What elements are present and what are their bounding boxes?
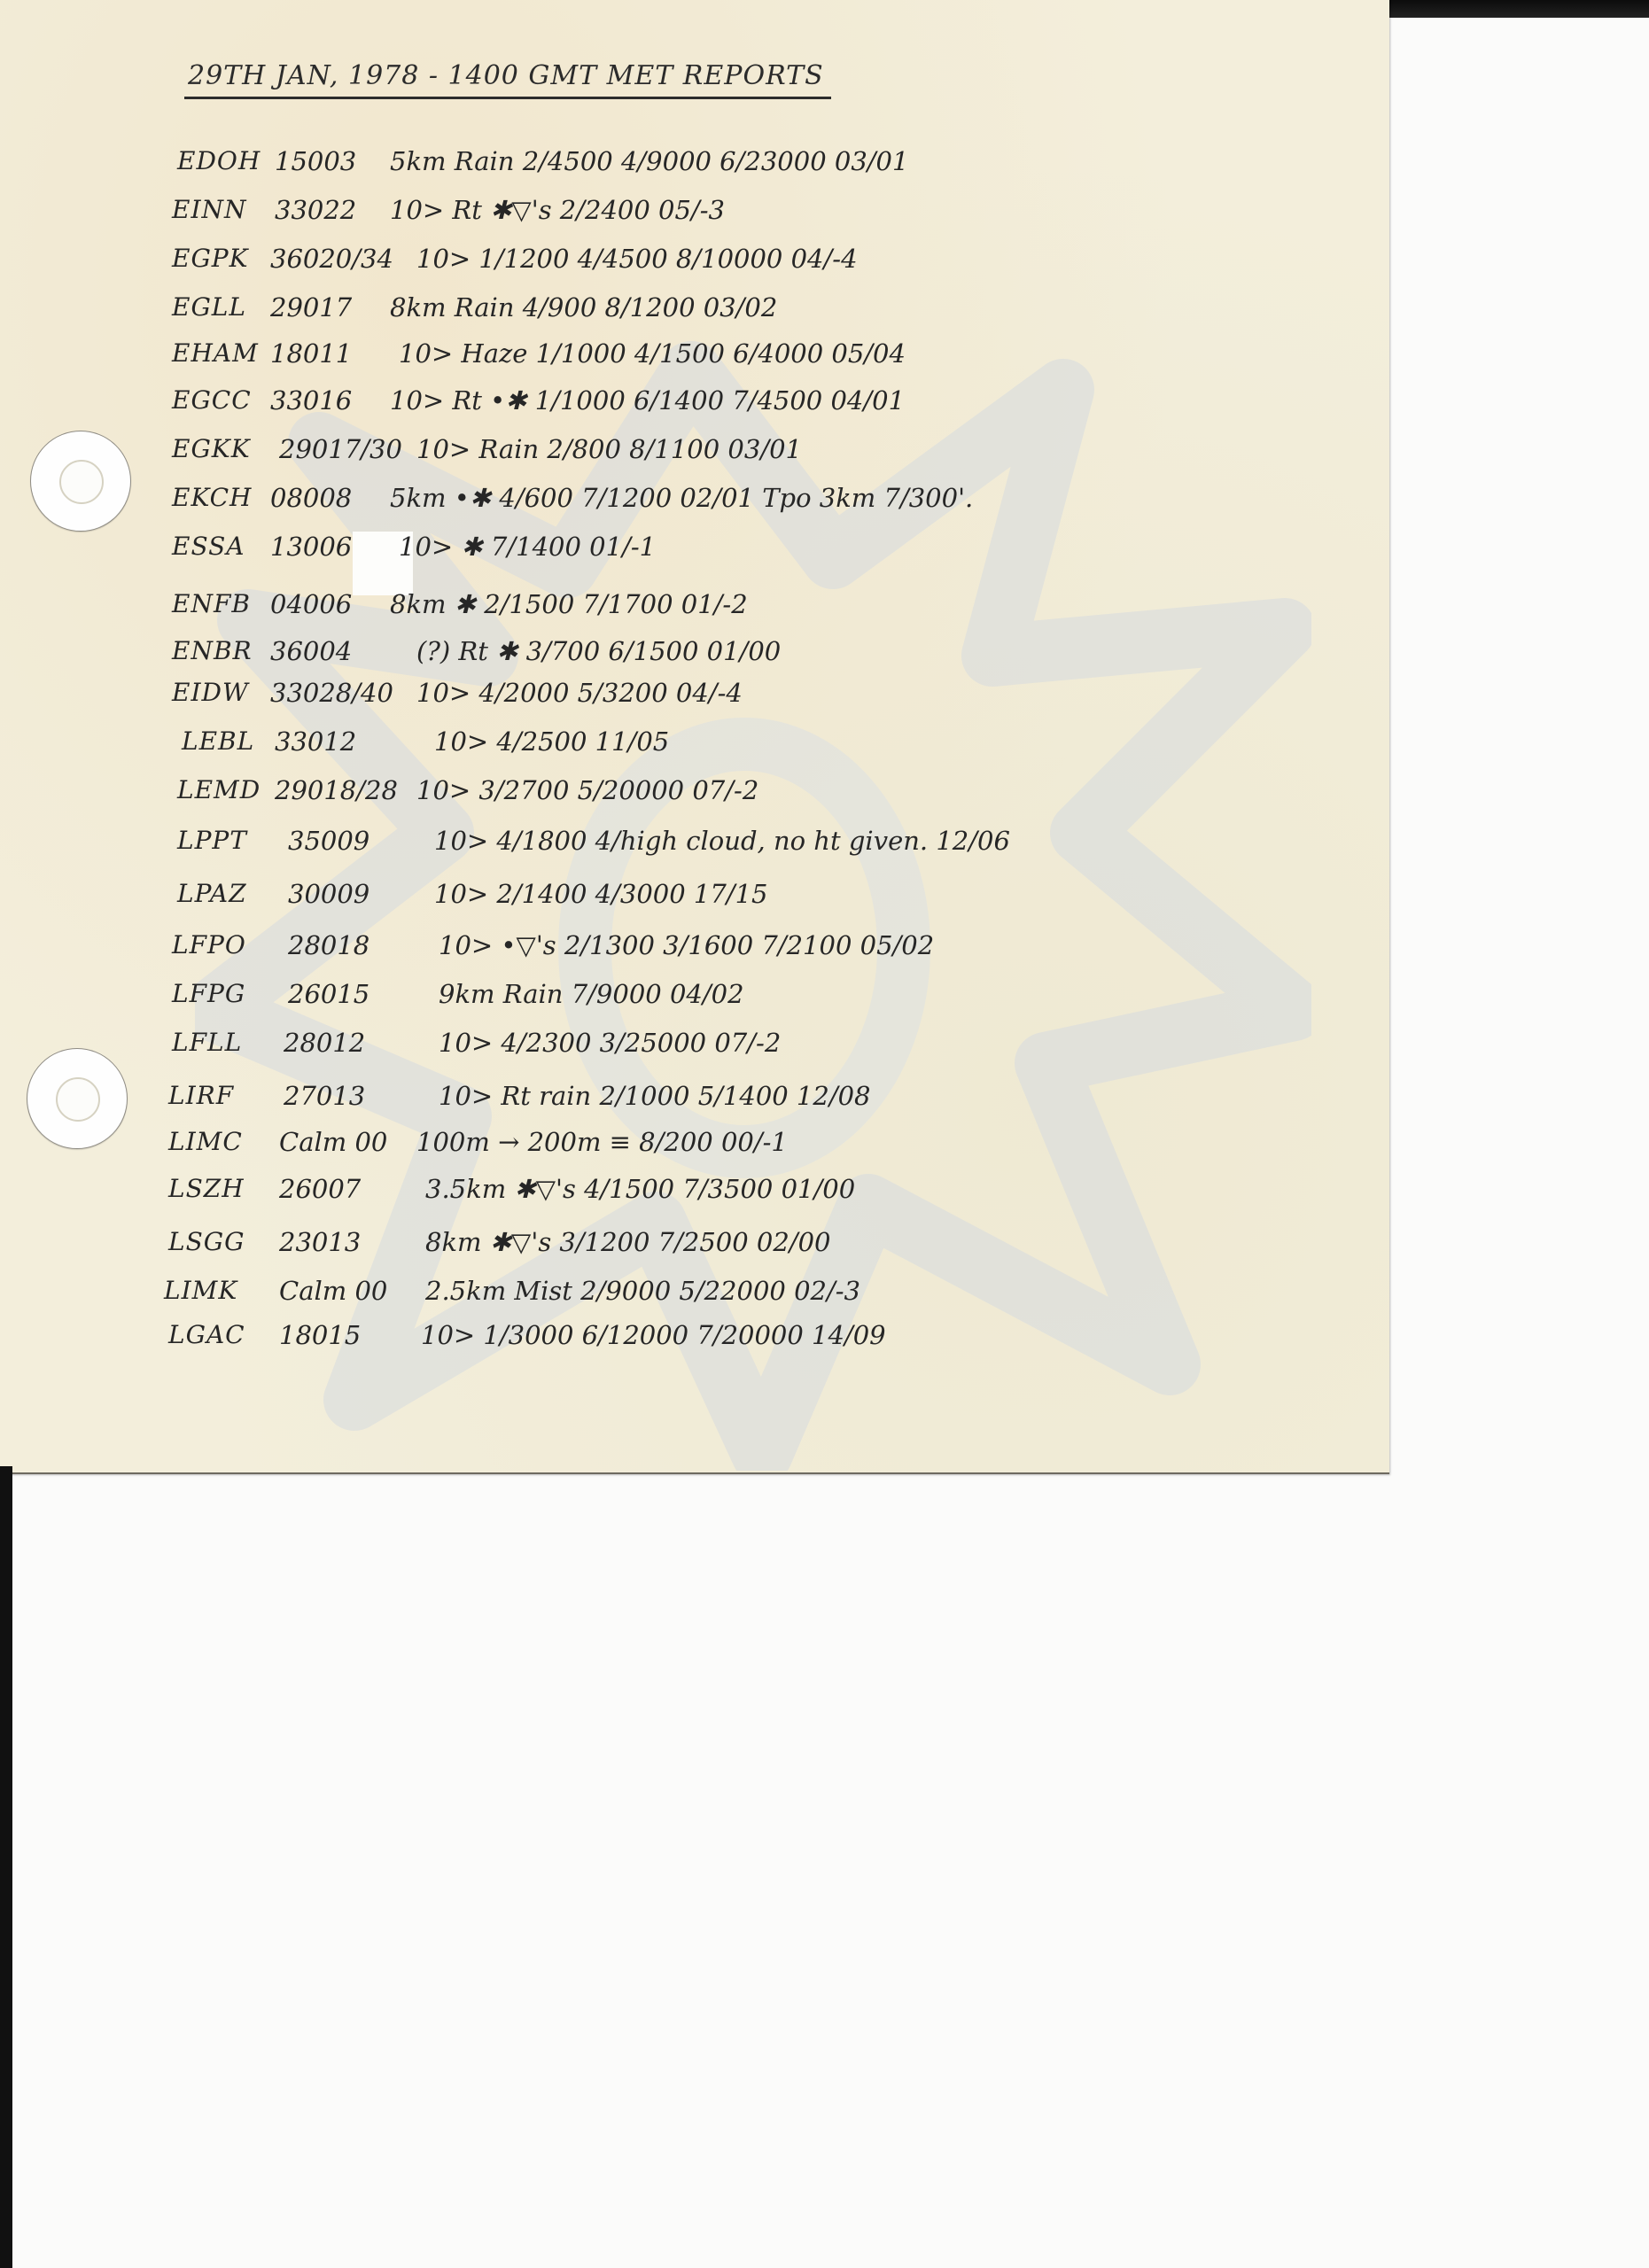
station-code: EGPK bbox=[172, 244, 249, 273]
station-code: LPPT bbox=[177, 826, 247, 855]
report-details: 2.5km Mist 2/9000 5/22000 02/-3 bbox=[425, 1276, 860, 1306]
wind-group: 26007 bbox=[279, 1174, 361, 1204]
station-code: LSZH bbox=[168, 1174, 245, 1203]
wind-group: Calm 00 bbox=[279, 1127, 387, 1157]
wind-group: 27013 bbox=[284, 1081, 365, 1111]
station-code: LFLL bbox=[172, 1028, 242, 1057]
wind-group: 29018/28 bbox=[275, 775, 398, 805]
wind-group: Calm 00 bbox=[279, 1276, 387, 1306]
station-code: EKCH bbox=[172, 483, 252, 512]
report-details: 8km Rain 4/900 8/1200 03/02 bbox=[390, 292, 777, 322]
wind-group: 33016 bbox=[270, 385, 352, 416]
wind-group: 18011 bbox=[270, 338, 352, 369]
report-details: 10> 4/2000 5/3200 04/-4 bbox=[416, 678, 743, 708]
report-details: (?) Rt ✱ 3/700 6/1500 01/00 bbox=[416, 636, 781, 666]
station-code: EGCC bbox=[172, 385, 252, 415]
wind-group: 33022 bbox=[275, 195, 356, 225]
station-code: EIDW bbox=[172, 678, 249, 707]
report-details: 5km •✱ 4/600 7/1200 02/01 Tpo 3km 7/300'… bbox=[390, 483, 973, 513]
report-details: 10> 4/2300 3/25000 07/-2 bbox=[439, 1028, 781, 1058]
binder-hole-bottom bbox=[27, 1048, 128, 1149]
report-details: 10> ✱ 7/1400 01/-1 bbox=[399, 532, 656, 562]
wind-group: 30009 bbox=[288, 879, 369, 909]
report-details: 8km ✱ 2/1500 7/1700 01/-2 bbox=[390, 589, 748, 619]
report-details: 10> Rain 2/800 8/1100 03/01 bbox=[416, 434, 802, 464]
wind-group: 08008 bbox=[270, 483, 352, 513]
wind-group: 33028/40 bbox=[270, 678, 393, 708]
station-code: LEBL bbox=[182, 726, 254, 756]
report-details: 3.5km ✱▽'s 4/1500 7/3500 01/00 bbox=[425, 1174, 855, 1204]
station-code: EDOH bbox=[177, 146, 261, 175]
scan-border-left bbox=[0, 1466, 12, 2268]
station-code: ENBR bbox=[172, 636, 253, 665]
station-code: LFPO bbox=[172, 930, 246, 959]
wind-group: 28012 bbox=[284, 1028, 365, 1058]
report-details: 100m → 200m ≡ 8/200 00/-1 bbox=[416, 1127, 788, 1157]
wind-group: 33012 bbox=[275, 726, 356, 757]
report-details: 10> 4/1800 4/high cloud, no ht given. 12… bbox=[434, 826, 1010, 856]
station-code: EGKK bbox=[172, 434, 251, 463]
report-details: 8km ✱▽'s 3/1200 7/2500 02/00 bbox=[425, 1227, 830, 1257]
wind-group: 29017/30 bbox=[279, 434, 402, 464]
station-code: LIRF bbox=[168, 1081, 234, 1110]
wind-group: 35009 bbox=[288, 826, 369, 856]
report-details: 10> Rt rain 2/1000 5/1400 12/08 bbox=[439, 1081, 871, 1111]
station-code: LFPG bbox=[172, 979, 245, 1008]
wind-group: 28018 bbox=[288, 930, 369, 960]
station-code: EGLL bbox=[172, 292, 246, 322]
station-code: ENFB bbox=[172, 589, 251, 618]
report-details: 10> Rt ✱▽'s 2/2400 05/-3 bbox=[390, 195, 725, 225]
report-details: 10> 1/3000 6/12000 7/20000 14/09 bbox=[421, 1320, 886, 1350]
paper-sheet: 29TH JAN, 1978 - 1400 GMT MET REPORTS ED… bbox=[0, 0, 1389, 1474]
station-code: LEMD bbox=[177, 775, 261, 804]
wind-group: 36004 bbox=[270, 636, 352, 666]
wind-group: 36020/34 bbox=[270, 244, 393, 274]
station-code: LIMK bbox=[164, 1276, 237, 1305]
report-details: 10> •▽'s 2/1300 3/1600 7/2100 05/02 bbox=[439, 930, 934, 960]
report-details: 10> 2/1400 4/3000 17/15 bbox=[434, 879, 767, 909]
report-details: 10> Haze 1/1000 4/1500 6/4000 05/04 bbox=[399, 338, 906, 369]
report-details: 9km Rain 7/9000 04/02 bbox=[439, 979, 744, 1009]
station-code: LIMC bbox=[168, 1127, 243, 1156]
station-code: LSGG bbox=[168, 1227, 245, 1256]
station-code: EINN bbox=[172, 195, 247, 224]
report-details: 10> 3/2700 5/20000 07/-2 bbox=[416, 775, 758, 805]
wind-group: 18015 bbox=[279, 1320, 361, 1350]
binder-hole-top bbox=[30, 431, 131, 532]
station-code: LPAZ bbox=[177, 879, 247, 908]
wind-group: 04006 bbox=[270, 589, 352, 619]
report-details: 10> 1/1200 4/4500 8/10000 04/-4 bbox=[416, 244, 858, 274]
report-details: 10> 4/2500 11/05 bbox=[434, 726, 669, 757]
wind-group: 13006 bbox=[270, 532, 352, 562]
station-code: ESSA bbox=[172, 532, 245, 561]
wind-group: 29017 bbox=[270, 292, 352, 322]
wind-group: 23013 bbox=[279, 1227, 361, 1257]
scan-border-top bbox=[1382, 0, 1649, 18]
hole bbox=[56, 1077, 100, 1122]
page-title: 29TH JAN, 1978 - 1400 GMT MET REPORTS bbox=[184, 60, 831, 99]
report-details: 10> Rt •✱ 1/1000 6/1400 7/4500 04/01 bbox=[390, 385, 905, 416]
hole bbox=[59, 460, 104, 504]
station-code: LGAC bbox=[168, 1320, 245, 1349]
report-details: 5km Rain 2/4500 4/9000 6/23000 03/01 bbox=[390, 146, 908, 176]
wind-group: 26015 bbox=[288, 979, 369, 1009]
wind-group: 15003 bbox=[275, 146, 356, 176]
station-code: EHAM bbox=[172, 338, 259, 368]
